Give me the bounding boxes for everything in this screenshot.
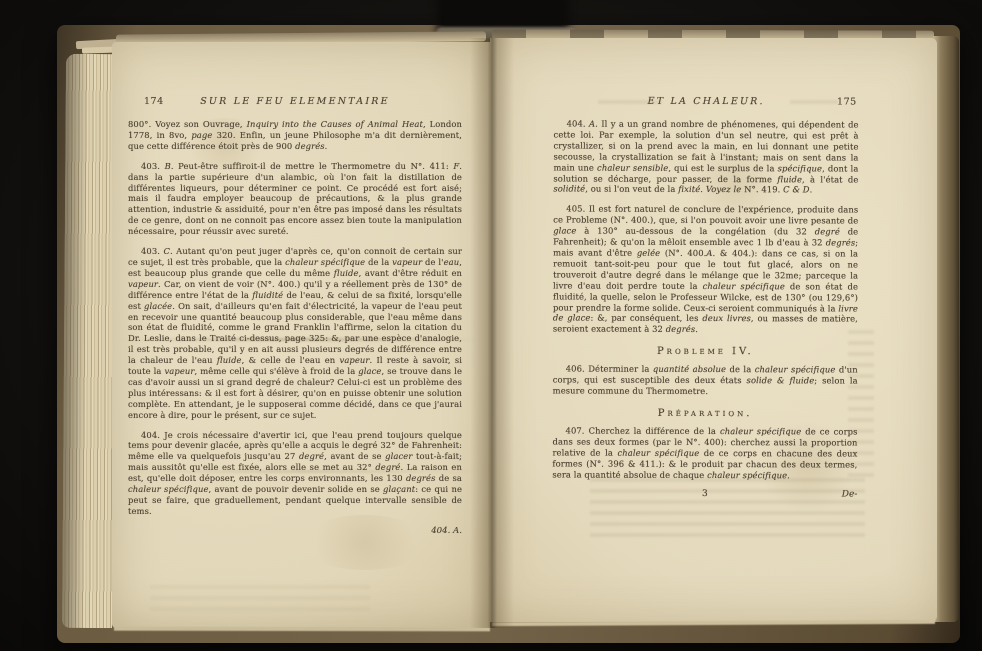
page-edges-fan: [62, 54, 116, 628]
book-scan-photo: 174 SUR LE FEU ELEMENTAIRE 800°. Voyez s…: [0, 0, 982, 651]
right-page-text: ET LA CHALEUR. 175 404. A. Il y a un gra…: [552, 95, 858, 500]
left-page-number: 174: [144, 96, 164, 107]
right-running-title: ET LA CHALEUR.: [648, 96, 765, 107]
left-catchword: 404. A.: [128, 526, 462, 536]
paragraph-403B: 403. B. Peut-être suffiroit-il de mettre…: [128, 161, 462, 237]
left-page-text: 174 SUR LE FEU ELEMENTAIRE 800°. Voyez s…: [128, 96, 462, 536]
paragraph-405: 405. Il est fort naturel de conclure de …: [553, 204, 858, 336]
right-page-number: 175: [837, 96, 857, 107]
left-running-header: 174 SUR LE FEU ELEMENTAIRE: [128, 96, 462, 110]
probleme-iv-heading: Probleme IV.: [553, 346, 858, 358]
left-running-title: SUR LE FEU ELEMENTAIRE: [200, 96, 390, 107]
paragraph-800-note: 800°. Voyez son Ouvrage, Inquiry into th…: [128, 119, 462, 152]
paragraph-404: 404. Je crois nécessaire d'avertir ici, …: [128, 430, 462, 517]
preparation-heading: Préparation.: [553, 407, 858, 419]
right-catchword: De-: [708, 489, 858, 500]
paragraph-407: 407. Cherchez la différence de la chaleu…: [552, 425, 857, 481]
paragraph-406: 406. Déterminer la quantité absolue de l…: [553, 364, 858, 398]
paragraph-404A: 404. A. Il y a un grand nombre de phénom…: [553, 118, 858, 195]
paragraph-403C: 403. C. Autant qu'on peut juger d'après …: [128, 246, 462, 421]
signature-row: 3 De-: [552, 489, 857, 500]
right-running-header: ET LA CHALEUR. 175: [554, 95, 859, 110]
spacer: [552, 496, 702, 497]
bottom-page-edge-left: [114, 627, 490, 632]
